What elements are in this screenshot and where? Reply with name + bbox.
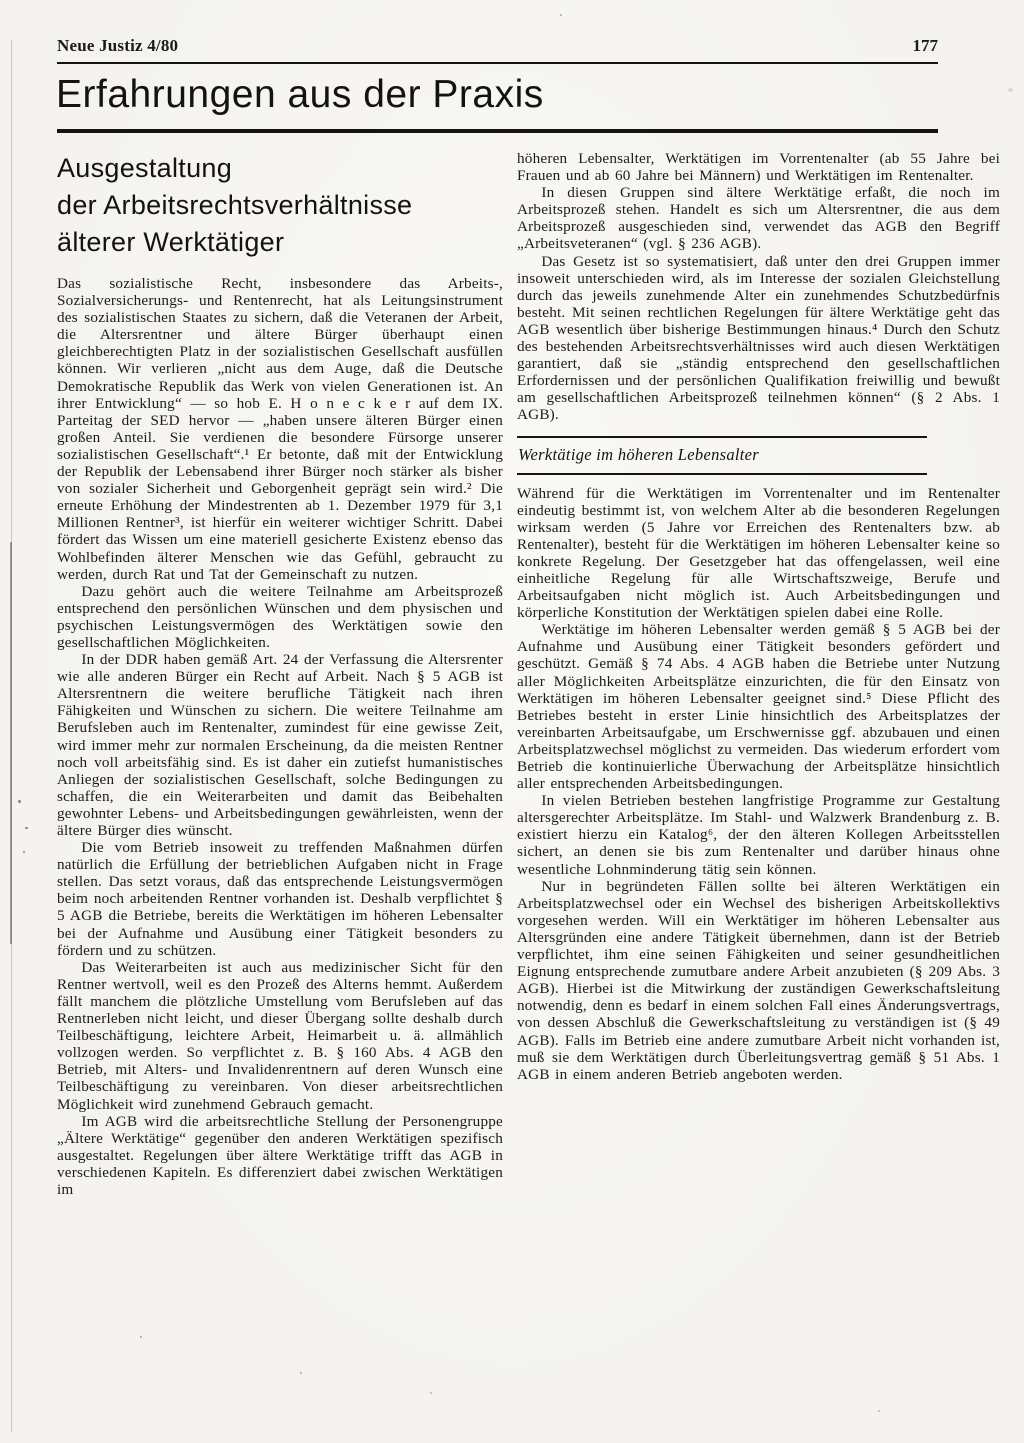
- left-column: Ausgestaltungder Arbeitsrechtsverhältnis…: [57, 150, 503, 1198]
- paragraph: Werktätige im höheren Lebensalter werden…: [517, 621, 1000, 792]
- article-title-line-1: Ausgestaltung: [57, 153, 232, 183]
- right-column-body-bottom: Während für die Werktätigen im Vorrenten…: [517, 485, 1000, 1083]
- paragraph: Das Weiterarbeiten ist auch aus medizini…: [57, 959, 503, 1113]
- paragraph: Die vom Betrieb insoweit zu treffenden M…: [57, 839, 503, 959]
- scan-speck: [560, 14, 562, 16]
- subheading-block: Werktätige im höheren Lebensalter: [517, 436, 927, 475]
- paragraph: höheren Lebensalter, Werktätigen im Vorr…: [517, 150, 1000, 184]
- scan-speck: [25, 827, 28, 829]
- header-rule: [57, 62, 938, 64]
- scan-speck: [23, 851, 25, 853]
- right-column-body-top: höheren Lebensalter, Werktätigen im Vorr…: [517, 150, 1000, 424]
- left-column-body: Das sozialistische Recht, insbesondere d…: [57, 275, 503, 1198]
- page-number: 177: [913, 36, 939, 56]
- article-title-line-3: älterer Werktätiger: [57, 227, 284, 257]
- paragraph: Nur in begründeten Fällen sollte bei ält…: [517, 878, 1000, 1083]
- scan-speck: [18, 800, 21, 803]
- scan-speck: [1008, 88, 1013, 92]
- journal-title: Neue Justiz 4/80: [57, 36, 178, 56]
- section-title-rule: [57, 129, 938, 133]
- scanned-journal-page: Neue Justiz 4/80 177 Erfahrungen aus der…: [0, 0, 1024, 1443]
- paragraph: In vielen Betrieben bestehen langfristig…: [517, 792, 1000, 877]
- article-subheading: Werktätige im höheren Lebensalter: [517, 438, 927, 473]
- right-column: höheren Lebensalter, Werktätigen im Vorr…: [517, 150, 1000, 1083]
- scan-speck: [300, 1372, 302, 1374]
- section-title: Erfahrungen aus der Praxis: [56, 72, 544, 118]
- scan-speck: [140, 1336, 142, 1338]
- paragraph: Das Gesetz ist so systematisiert, daß un…: [517, 253, 1000, 424]
- paragraph: In der DDR haben gemäß Art. 24 der Verfa…: [57, 651, 503, 839]
- scan-edge-line-dark: [10, 542, 12, 944]
- subheading-rule-bottom: [517, 473, 927, 475]
- paragraph: Dazu gehört auch die weitere Teilnahme a…: [57, 583, 503, 651]
- scan-speck: [430, 1392, 432, 1394]
- paragraph: Im AGB wird die arbeitsrechtliche Stellu…: [57, 1113, 503, 1198]
- paragraph: Das sozialistische Recht, insbesondere d…: [57, 275, 503, 583]
- paragraph: Während für die Werktätigen im Vorrenten…: [517, 485, 1000, 622]
- article-title-line-2: der Arbeitsrechtsverhältnisse: [57, 190, 412, 220]
- article-title: Ausgestaltungder Arbeitsrechtsverhältnis…: [57, 150, 503, 261]
- scan-edge-line: [11, 40, 12, 1432]
- scan-speck: [878, 1410, 880, 1412]
- paragraph: In diesen Gruppen sind ältere Werktätige…: [517, 184, 1000, 252]
